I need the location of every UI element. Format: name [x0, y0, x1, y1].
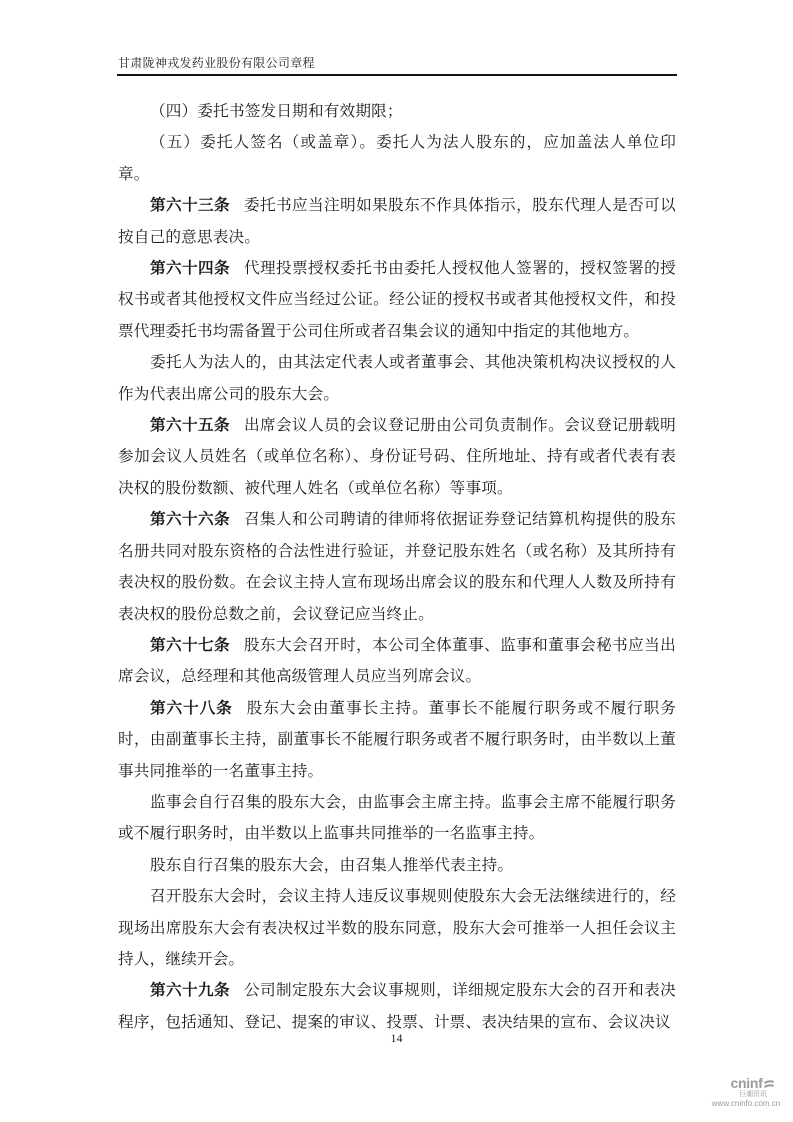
paragraph: 委托人为法人的，由其法定代表人或者董事会、其他决策机构决议授权的人作为代表出席公… — [118, 347, 676, 410]
article-67: 第六十七条股东大会召开时，本公司全体董事、监事和董事会秘书应当出席会议，总经理和… — [118, 630, 676, 693]
document-body: （四）委托书签发日期和有效期限； （五）委托人签名（或盖章）。委托人为法人股东的… — [118, 96, 676, 1038]
paragraph: 监事会自行召集的股东大会，由监事会主席主持。监事会主席不能履行职务或不履行职务时… — [118, 787, 676, 850]
cninf-watermark: cninf 巨潮资讯 www.cninfo.com.cn — [715, 1075, 791, 1108]
article-68: 第六十八条股东大会由董事长主持。董事长不能履行职务或不履行职务时，由副董事长主持… — [118, 693, 676, 787]
paragraph-text: （四）委托书签发日期和有效期限； — [150, 102, 403, 120]
paragraph-text: 股东自行召集的股东大会，由召集人推举代表主持。 — [150, 856, 513, 874]
article-number: 第六十八条 — [150, 699, 233, 717]
document-title: 甘肃陇神戎发药业股份有限公司章程 — [118, 54, 315, 71]
article-number: 第六十四条 — [150, 259, 230, 277]
paragraph: （四）委托书签发日期和有效期限； — [118, 96, 676, 127]
paragraph-text: 监事会自行召集的股东大会，由监事会主席主持。监事会主席不能履行职务或不履行职务时… — [118, 793, 676, 842]
page-number: 14 — [0, 1031, 793, 1046]
article-number: 第六十九条 — [150, 981, 230, 999]
article-number: 第六十三条 — [150, 196, 230, 214]
paragraph-text: 委托人为法人的，由其法定代表人或者董事会、其他决策机构决议授权的人作为代表出席公… — [118, 353, 676, 402]
article-number: 第六十六条 — [150, 510, 230, 528]
article-number: 第六十五条 — [150, 416, 230, 434]
article-66: 第六十六条召集人和公司聘请的律师将依据证券登记结算机构提供的股东名册共同对股东资… — [118, 504, 676, 630]
page-header: 甘肃陇神戎发药业股份有限公司章程 — [117, 52, 677, 76]
article-63: 第六十三条委托书应当注明如果股东不作具体指示，股东代理人是否可以按自己的意思表决… — [118, 190, 676, 253]
article-number: 第六十七条 — [150, 636, 230, 654]
cninf-logo-icon — [763, 1079, 775, 1089]
article-65: 第六十五条出席会议人员的会议登记册由公司负责制作。会议登记册载明参加会议人员姓名… — [118, 410, 676, 504]
paragraph: 召开股东大会时，会议主持人违反议事规则使股东大会无法继续进行的，经现场出席股东大… — [118, 881, 676, 975]
paragraph-text: （五）委托人签名（或盖章）。委托人为法人股东的，应加盖法人单位印章。 — [118, 133, 676, 182]
paragraph-text: 召开股东大会时，会议主持人违反议事规则使股东大会无法继续进行的，经现场出席股东大… — [118, 887, 676, 968]
watermark-url: www.cninfo.com.cn — [701, 1099, 791, 1108]
watermark-brand-cn: 巨潮资讯 — [715, 1089, 791, 1099]
paragraph: （五）委托人签名（或盖章）。委托人为法人股东的，应加盖法人单位印章。 — [118, 127, 676, 190]
paragraph: 股东自行召集的股东大会，由召集人推举代表主持。 — [118, 850, 676, 881]
article-64: 第六十四条代理投票授权委托书由委托人授权他人签署的，授权签署的授权书或者其他授权… — [118, 253, 676, 347]
article-69: 第六十九条公司制定股东大会议事规则，详细规定股东大会的召开和表决程序，包括通知、… — [118, 975, 676, 1038]
